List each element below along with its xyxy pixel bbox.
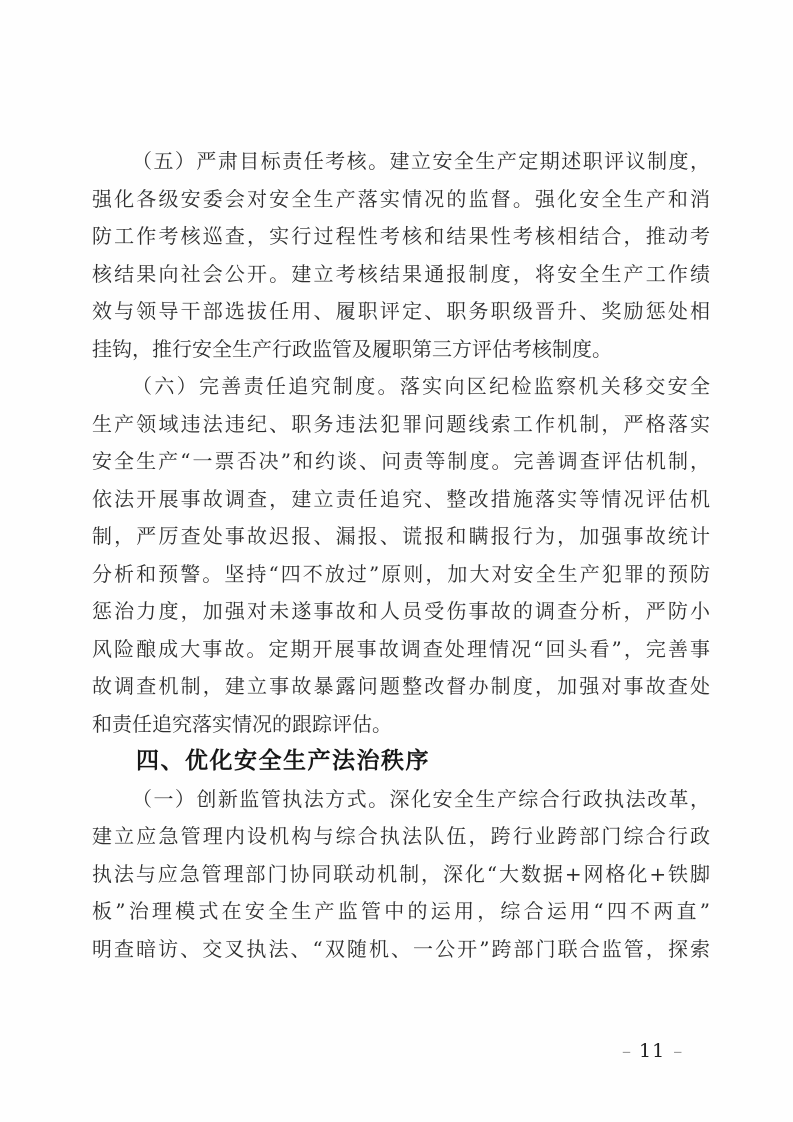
paragraph-line: （五）严肃目标责任考核。建立安全生产定期述职评议制度， [92,143,710,181]
paragraph-line: 风险酿成大事故。定期开展事故调查处理情况“回头看”，完善事 [92,631,710,669]
paragraph-line: 建立应急管理内设机构与综合执法队伍，跨行业跨部门综合行政 [92,818,710,856]
paragraph-line: 强化各级安委会对安全生产落实情况的监督。强化安全生产和消 [92,181,710,219]
paragraph-line: 依法开展事故调查，建立责任追究、整改措施落实等情况评估机 [92,481,710,519]
document-body: （五）严肃目标责任考核。建立安全生产定期述职评议制度， 强化各级安委会对安全生产… [92,143,710,968]
page-number-right-dash: – [673,1041,682,1062]
paragraph-line: 防工作考核巡查，实行过程性考核和结果性考核相结合，推动考 [92,218,710,256]
paragraph-line: 分析和预警。坚持“四不放过”原则，加大对安全生产犯罪的预防 [92,556,710,594]
section-heading: 四、优化安全生产法治秩序 [92,743,710,781]
paragraph-line: 制，严厉查处事故迟报、漏报、谎报和瞒报行为，加强事故统计 [92,518,710,556]
paragraph-line: 故调查机制，建立事故暴露问题整改督办制度，加强对事故查处 [92,668,710,706]
paragraph-line: （一）创新监管执法方式。深化安全生产综合行政执法改革， [92,781,710,819]
paragraph-line: 效与领导干部选拔任用、履职评定、职务职级晋升、奖励惩处相 [92,293,710,331]
paragraph-line: 执法与应急管理部门协同联动机制，深化“大数据+网格化+铁脚 [92,856,710,894]
paragraph-line: 板”治理模式在安全生产监管中的运用，综合运用“四不两直” [92,893,710,931]
page-number-value: 11 [639,1040,665,1062]
paragraph-line: 和责任追究落实情况的跟踪评估。 [92,706,710,744]
document-page: （五）严肃目标责任考核。建立安全生产定期述职评议制度， 强化各级安委会对安全生产… [0,0,793,1122]
page-number: –11– [622,1040,682,1062]
paragraph-line: 惩治力度，加强对未遂事故和人员受伤事故的调查分析，严防小 [92,593,710,631]
page-number-left-dash: – [622,1041,631,1062]
paragraph-line: 生产领域违法违纪、职务违法犯罪问题线索工作机制，严格落实 [92,406,710,444]
paragraph-line: 明查暗访、交叉执法、“双随机、一公开”跨部门联合监管，探索 [92,931,710,969]
paragraph-line: （六）完善责任追究制度。落实向区纪检监察机关移交安全 [92,368,710,406]
paragraph-line: 核结果向社会公开。建立考核结果通报制度，将安全生产工作绩 [92,256,710,294]
paragraph-line: 安全生产“一票否决”和约谈、问责等制度。完善调查评估机制， [92,443,710,481]
paragraph-line: 挂钩，推行安全生产行政监管及履职第三方评估考核制度。 [92,331,710,369]
